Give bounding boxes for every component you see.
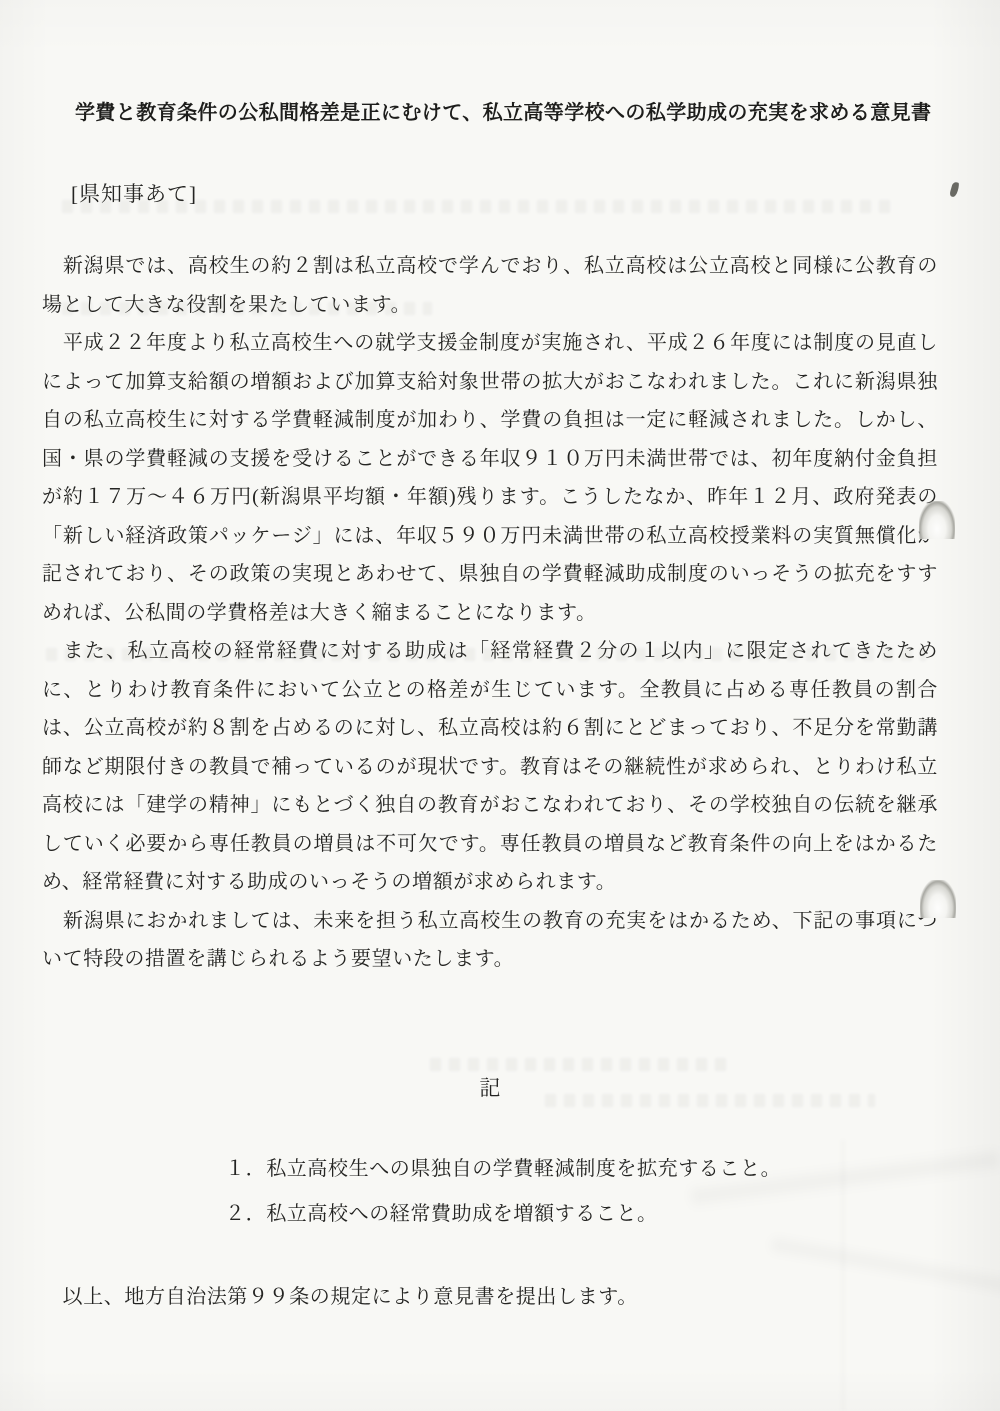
body-paragraph: 平成２２年度より私立高校生への就学支援金制度が実施され、平成２６年度には制度の見… [42, 324, 938, 632]
body-paragraph: 新潟県におかれましては、未来を担う私立高校生の教育の充実をはかるため、下記の事項… [42, 902, 938, 979]
record-heading: 記 [42, 1072, 938, 1102]
request-item: ２．私立高校への経常費助成を増額すること。 [225, 1197, 658, 1226]
addressee-line: [県知事あて] [71, 178, 197, 208]
body-paragraph: また、私立高校の経常経費に対する助成は「経常経費２分の１以内」に限定されてきたた… [42, 632, 938, 902]
ink-speck-artifact [949, 181, 960, 197]
punch-hole-artifact [919, 501, 955, 539]
document-body: 新潟県では、高校生の約２割は私立高校で学んでおり、私立高校は公立高校と同様に公教… [42, 247, 938, 979]
bleed-through-artifact [430, 1058, 730, 1071]
document-title: 学費と教育条件の公私間格差是正にむけて、私立高等学校への私学助成の充実を求める意… [75, 96, 931, 125]
scanned-document-page: 学費と教育条件の公私間格差是正にむけて、私立高等学校への私学助成の充実を求める意… [0, 0, 1000, 1411]
closing-line: 以上、地方自治法第９９条の規定により意見書を提出します。 [42, 1280, 638, 1309]
body-paragraph: 新潟県では、高校生の約２割は私立高校で学んでおり、私立高校は公立高校と同様に公教… [42, 247, 938, 324]
request-item: １．私立高校生への県独自の学費軽減制度を拡充すること。 [225, 1152, 781, 1181]
paper-crease-artifact [770, 1234, 1000, 1295]
punch-hole-artifact [920, 880, 956, 918]
